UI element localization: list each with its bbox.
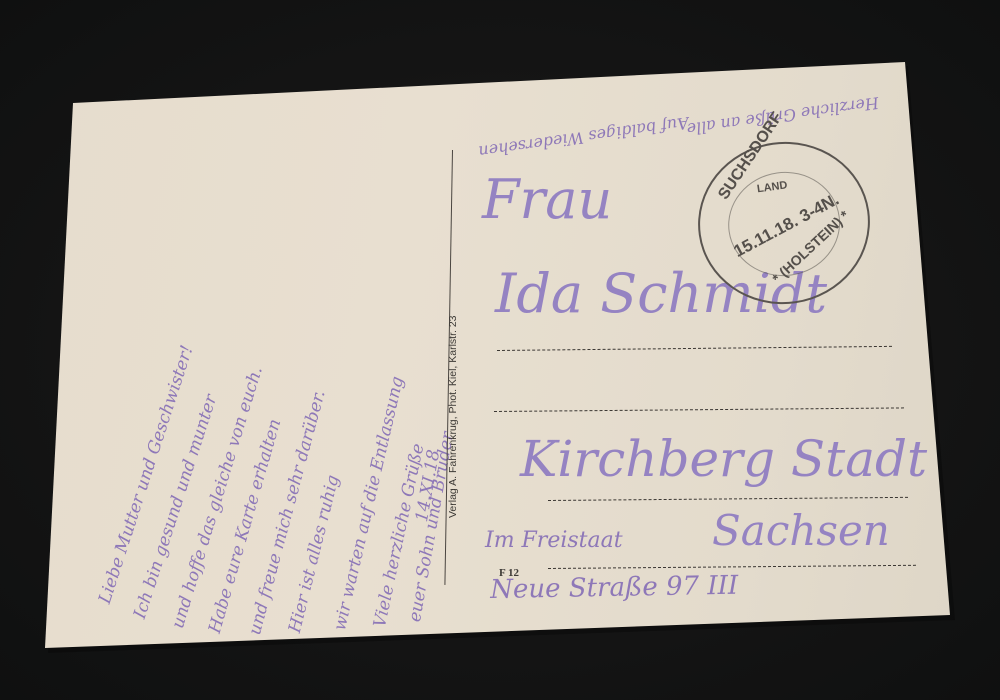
publisher-imprint: Verlag A. Fahrenkrug, Phot. Kiel, Karlst… [447, 315, 459, 518]
address-line-1 [497, 346, 892, 351]
postcard-content: Liebe Mutter und Geschwister! Ich bin ge… [0, 0, 1000, 700]
address-city: Kirchberg Stadt [520, 430, 927, 488]
address-salutation: Frau [482, 168, 612, 231]
address-line-4 [548, 565, 916, 569]
address-street: Neue Straße 97 III [490, 571, 738, 605]
address-line-2 [494, 407, 904, 412]
address-region-prefix: Im Freistaat [485, 528, 623, 553]
address-line-3 [548, 497, 908, 501]
message-top-line: Auf baldiges Wiedersehen [477, 113, 690, 161]
address-region: Sachsen [712, 506, 890, 555]
